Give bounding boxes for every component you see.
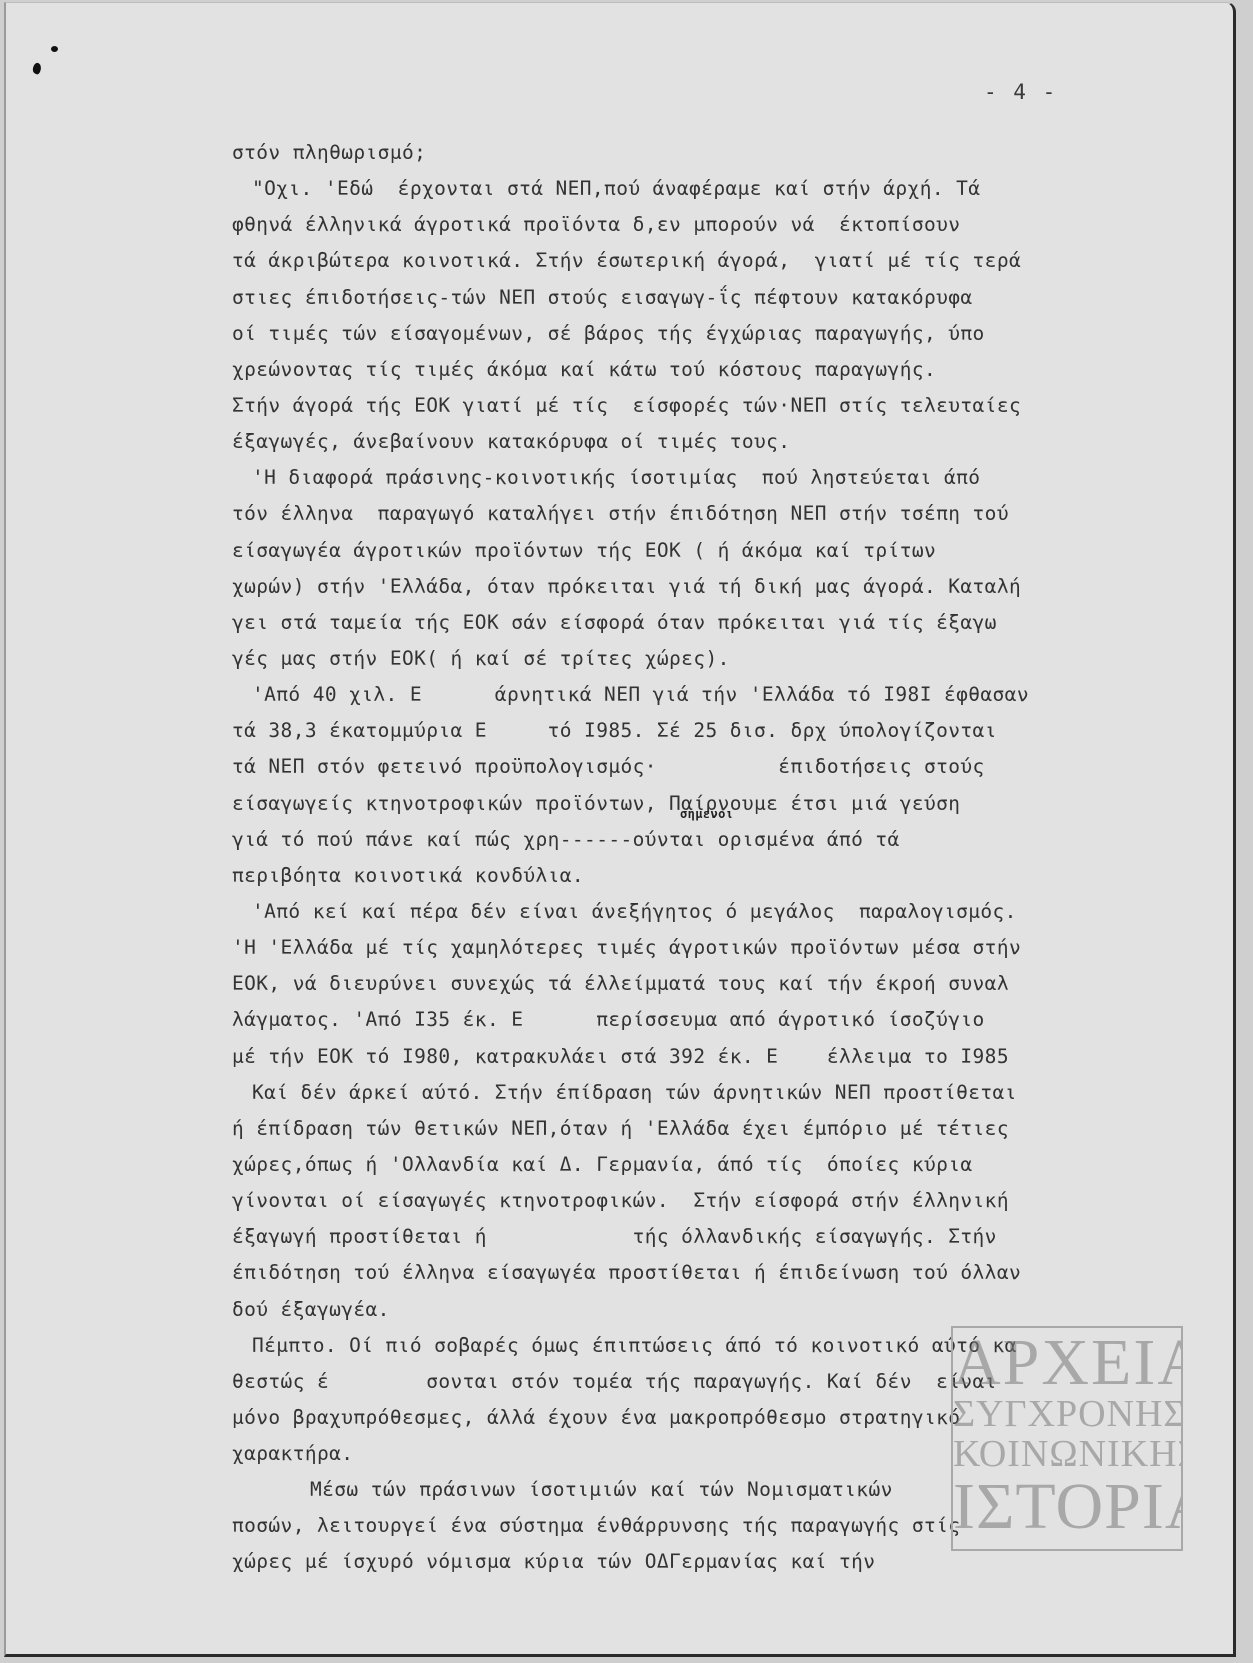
text-line: "Οχι. 'Εδώ έρχονται στά ΝΕΠ,πού άναφέραμ… <box>232 171 1232 207</box>
text-line: περιβόητα κοινοτικά κονδύλια. <box>232 858 1232 894</box>
line-text: Στήν άγορά τής ΕΟΚ γιατί μέ τίς είσφορές… <box>232 394 1021 417</box>
line-text: 'Από κεί καί πέρα δέν είναι άνεξήγητος ό… <box>252 900 1017 923</box>
line-text: τά άκριβώτερα κοινοτικά. Στήν έσωτερική … <box>232 249 1021 272</box>
text-line: γίνονται οί είσαγωγές κτηνοτροφικών. Στή… <box>232 1183 1232 1219</box>
line-text: δού έξαγωγέα. <box>232 1298 390 1321</box>
text-line: ΕΟΚ, νά διευρύνει συνεχώς τά έλλείμματά … <box>232 966 1232 1002</box>
text-line: 'Η διαφορά πράσινης-κοινοτικής ίσοτιμίας… <box>232 460 1232 496</box>
line-text: ποσών, λειτουργεί ένα σύστημα ένθάρρυνση… <box>232 1514 960 1537</box>
line-text: χωρών) στήν 'Ελλάδα, όταν πρόκειται γιά … <box>232 575 1021 598</box>
text-line: είσαγωγέα άγροτικών προϊόντων τής ΕΟΚ ( … <box>232 533 1232 569</box>
line-text: 'Η 'Ελλάδα μέ τίς χαμηλότερες τιμές άγρο… <box>232 936 1021 959</box>
page-number: - 4 - <box>984 80 1057 104</box>
line-text: τά 38,3 έκατομμύρια Ε τό Ι985. Σέ 25 δισ… <box>232 719 997 742</box>
text-line: 'Από 40 χιλ. Ε άρνητικά ΝΕΠ γιά τήν 'Ελλ… <box>232 677 1232 713</box>
text-line: σημενοιγιά τό πού πάνε καί πώς χρη------… <box>232 822 1232 858</box>
line-text: περιβόητα κοινοτικά κονδύλια. <box>232 864 584 887</box>
line-text: θεστώς έ σονται στόν τομέα τής παραγωγής… <box>232 1370 997 1393</box>
line-text: γιά τό πού πάνε καί πώς χρη------ούνται … <box>232 828 900 851</box>
line-text: έξαγωγή προστίθεται ή τής όλλανδικής είσ… <box>232 1225 997 1248</box>
line-text: Πέμπτο. Οί πιό σοβαρές όμως έπιπτώσεις ά… <box>252 1334 1017 1357</box>
archive-stamp: ΑΡΧΕΙΑ ΣΥΓΧΡΟΝΗΣ ΚΟΙΝΩΝΙΚΗΣ ΙΣΤΟΡΙΑΣ <box>951 1326 1183 1551</box>
line-text: 'Η διαφορά πράσινης-κοινοτικής ίσοτιμίας… <box>252 466 980 489</box>
line-text: γές μας στήν ΕΟΚ( ή καί σέ τρίτες χώρες)… <box>232 647 730 670</box>
ink-blot <box>31 62 42 75</box>
handwritten-correction: σημενοι <box>680 808 733 820</box>
line-text: έπιδότηση τού έλληνα είσαγωγέα προστίθετ… <box>232 1261 1021 1284</box>
text-line: Καί δέν άρκεί αύτό. Στήν έπίδραση τών άρ… <box>232 1075 1232 1111</box>
line-text: Μέσω τών πράσινων ίσοτιμιών καί τών Νομι… <box>310 1478 893 1501</box>
text-line: Στήν άγορά τής ΕΟΚ γιατί μέ τίς είσφορές… <box>232 388 1232 424</box>
stamp-line: ΚΟΙΝΩΝΙΚΗΣ <box>953 1434 1181 1474</box>
stamp-line: ΑΡΧΕΙΑ <box>953 1332 1181 1394</box>
line-text: χώρες μέ ίσχυρό νόμισμα κύρια τών ΟΔΓερμ… <box>232 1550 875 1573</box>
text-line: στόν πληθωρισμό; <box>232 135 1232 171</box>
line-text: φθηνά έλληνικά άγροτικά προϊόντα δ,εν μπ… <box>232 213 960 236</box>
line-text: είσαγωγέα άγροτικών προϊόντων τής ΕΟΚ ( … <box>232 539 936 562</box>
text-line: χώρες,όπως ή 'Ολλανδία καί Δ. Γερμανία, … <box>232 1147 1232 1183</box>
line-text: έξαγωγές, άνεβαίνουν κατακόρυφα οί τιμές… <box>232 430 790 453</box>
line-text: τά ΝΕΠ στόν φετεινό προϋπολογισμός· έπιδ… <box>232 755 985 778</box>
line-text: Καί δέν άρκεί αύτό. Στήν έπίδραση τών άρ… <box>252 1081 1017 1104</box>
line-text: μόνο βραχυπρόθεσμες, άλλά έχουν ένα μακρ… <box>232 1406 960 1429</box>
line-text: χαρακτήρα. <box>232 1442 353 1465</box>
line-text: είσαγωγείς κτηνοτροφικών προϊόντων, Παίρ… <box>232 792 960 815</box>
line-text: οί τιμές τών είσαγομένων, σέ βάρος τής έ… <box>232 322 985 345</box>
stamp-line: ΣΥΓΧΡΟΝΗΣ <box>953 1394 1181 1434</box>
line-text: γίνονται οί είσαγωγές κτηνοτροφικών. Στή… <box>232 1189 1009 1212</box>
text-line: γει στά ταμεία τής ΕΟΚ σάν είσφορά όταν … <box>232 605 1232 641</box>
line-text: χώρες,όπως ή 'Ολλανδία καί Δ. Γερμανία, … <box>232 1153 973 1176</box>
text-line: έπιδότηση τού έλληνα είσαγωγέα προστίθετ… <box>232 1255 1232 1291</box>
text-line: 'Από κεί καί πέρα δέν είναι άνεξήγητος ό… <box>232 894 1232 930</box>
text-line: χρεώνοντας τίς τιμές άκόμα καί κάτω τού … <box>232 352 1232 388</box>
line-text: στόν πληθωρισμό; <box>232 141 426 164</box>
text-line: λάγματος. 'Από Ι35 έκ. Ε περίσσευμα από … <box>232 1002 1232 1038</box>
text-line: μέ τήν ΕΟΚ τό Ι980, κατρακυλάει στά 392 … <box>232 1039 1232 1075</box>
text-line: στιες έπιδοτήσεις-τών ΝΕΠ στούς εισαγωγ-… <box>232 280 1232 316</box>
text-line: τά 38,3 έκατομμύρια Ε τό Ι985. Σέ 25 δισ… <box>232 713 1232 749</box>
line-text: τόν έλληνα παραγωγό καταλήγει στήν έπιδό… <box>232 502 1009 525</box>
text-line: χωρών) στήν 'Ελλάδα, όταν πρόκειται γιά … <box>232 569 1232 605</box>
line-text: 'Από 40 χιλ. Ε άρνητικά ΝΕΠ γιά τήν 'Ελλ… <box>252 683 1029 706</box>
text-line: οί τιμές τών είσαγομένων, σέ βάρος τής έ… <box>232 316 1232 352</box>
text-line: έξαγωγή προστίθεται ή τής όλλανδικής είσ… <box>232 1219 1232 1255</box>
text-line: γές μας στήν ΕΟΚ( ή καί σέ τρίτες χώρες)… <box>232 641 1232 677</box>
line-text: χρεώνοντας τίς τιμές άκόμα καί κάτω τού … <box>232 358 936 381</box>
line-text: στιες έπιδοτήσεις-τών ΝΕΠ στούς εισαγωγ-… <box>232 286 973 309</box>
line-text: γει στά ταμεία τής ΕΟΚ σάν είσφορά όταν … <box>232 611 997 634</box>
line-text: ΕΟΚ, νά διευρύνει συνεχώς τά έλλείμματά … <box>232 972 1009 995</box>
text-line: φθηνά έλληνικά άγροτικά προϊόντα δ,εν μπ… <box>232 207 1232 243</box>
ink-blot <box>51 46 58 52</box>
text-line: τά ΝΕΠ στόν φετεινό προϋπολογισμός· έπιδ… <box>232 749 1232 785</box>
text-line: δού έξαγωγέα. <box>232 1292 1232 1328</box>
line-text: ή έπίδραση τών θετικών ΝΕΠ,όταν ή 'Ελλάδ… <box>232 1117 1009 1140</box>
text-line: 'Η 'Ελλάδα μέ τίς χαμηλότερες τιμές άγρο… <box>232 930 1232 966</box>
text-line: τόν έλληνα παραγωγό καταλήγει στήν έπιδό… <box>232 496 1232 532</box>
line-text: λάγματος. 'Από Ι35 έκ. Ε περίσσευμα από … <box>232 1008 985 1031</box>
stamp-line: ΙΣΤΟΡΙΑΣ <box>953 1474 1181 1540</box>
text-line: ή έπίδραση τών θετικών ΝΕΠ,όταν ή 'Ελλάδ… <box>232 1111 1232 1147</box>
text-line: τά άκριβώτερα κοινοτικά. Στήν έσωτερική … <box>232 243 1232 279</box>
line-text: μέ τήν ΕΟΚ τό Ι980, κατρακυλάει στά 392 … <box>232 1045 1009 1068</box>
text-line: έξαγωγές, άνεβαίνουν κατακόρυφα οί τιμές… <box>232 424 1232 460</box>
line-text: "Οχι. 'Εδώ έρχονται στά ΝΕΠ,πού άναφέραμ… <box>252 177 980 200</box>
